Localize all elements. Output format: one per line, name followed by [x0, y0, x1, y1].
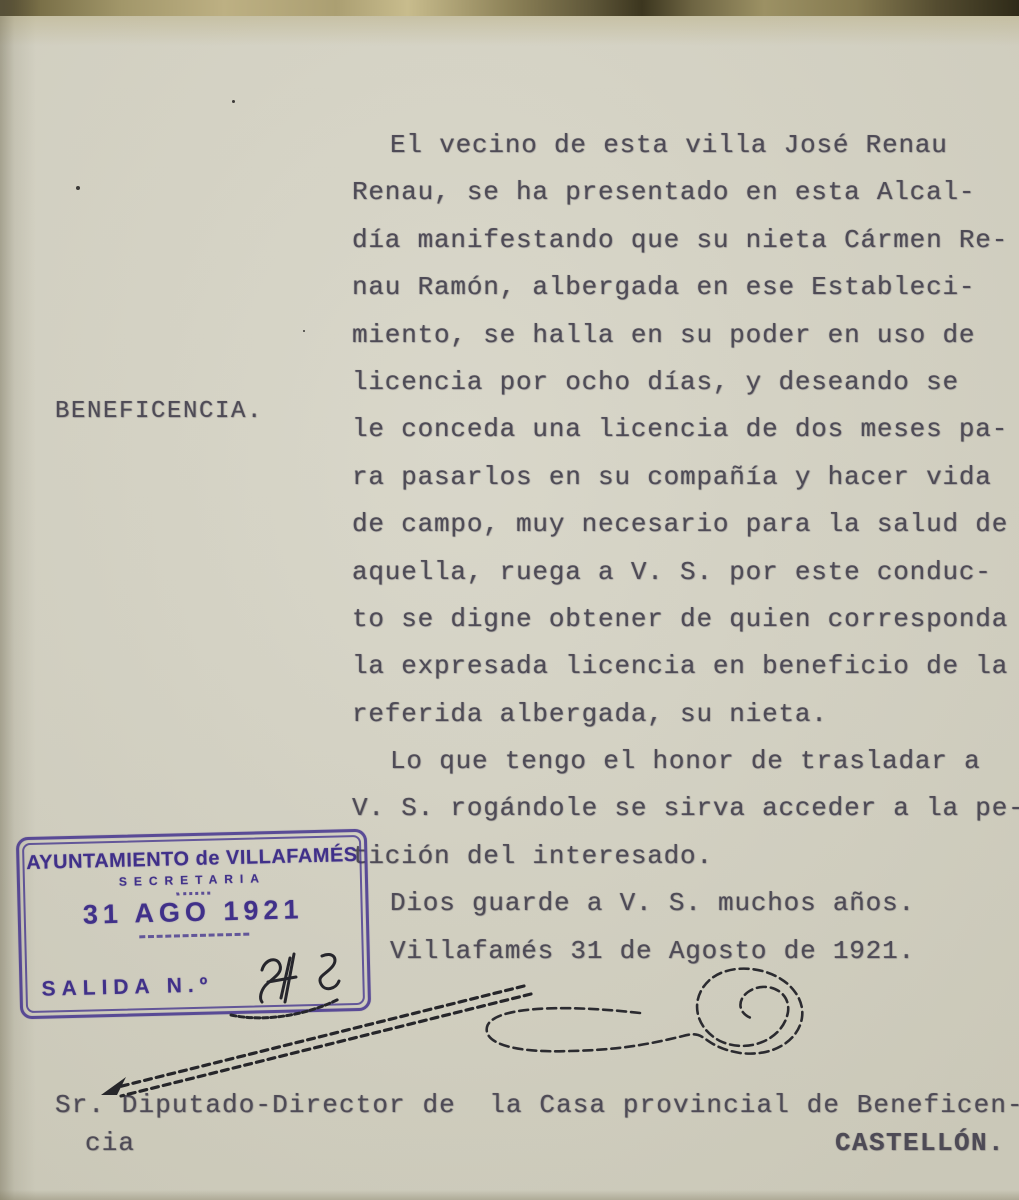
typed-line: ra pasarlos en su compañía y hacer vida: [352, 454, 1019, 501]
typed-line: la expresada licencia en beneficio de la: [352, 643, 1019, 690]
typed-line: nau Ramón, albergada en ese Estableci-: [352, 264, 1019, 311]
typed-line: Renau, se ha presentado en esta Alcal-: [352, 169, 1019, 216]
scanned-letter-page: BENEFICENCIA. El vecino de esta villa Jo…: [0, 0, 1019, 1200]
typed-line: aquella, ruega a V. S. por este conduc-: [352, 549, 1019, 596]
address-line1: Sr. Diputado-Director de la Casa provinc…: [55, 1086, 1011, 1124]
stamp-inner-border: AYUNTAMIENTO de VILLAFAMÉS SECRETARIA 31…: [22, 835, 365, 1013]
paper-top-edge-fade: [0, 16, 1019, 46]
address-line2: cia: [55, 1124, 135, 1162]
typed-line: le conceda una licencia de dos meses pa-: [352, 406, 1019, 453]
typed-line: V. S. rogándole se sirva acceder a la pe…: [352, 785, 1019, 832]
typed-line: miento, se halla en su poder en uso de: [352, 312, 1019, 359]
municipal-stamp: AYUNTAMIENTO de VILLAFAMÉS SECRETARIA 31…: [16, 829, 371, 1020]
typed-line: Villafamés 31 de Agosto de 1921.: [352, 928, 1019, 975]
ink-speck: [76, 186, 80, 190]
typed-line: to se digne obtener de quien corresponda: [352, 596, 1019, 643]
typed-line: Lo que tengo el honor de trasladar a: [352, 738, 1019, 785]
footer-address: Sr. Diputado-Director de la Casa provinc…: [55, 1086, 1011, 1162]
typed-line: día manifestando que su nieta Cármen Re-: [352, 217, 1019, 264]
ink-speck: [303, 330, 305, 332]
typed-line: de campo, muy necesario para la salud de: [352, 501, 1019, 548]
ink-speck: [232, 100, 235, 103]
address-city: CASTELLÓN.: [835, 1124, 1011, 1162]
letter-body: El vecino de esta villa José Renau Renau…: [352, 122, 1019, 975]
stamp-date: 31 AGO 1921: [25, 893, 361, 932]
typed-line: Dios guarde a V. S. muchos años.: [352, 880, 1019, 927]
typed-line: El vecino de esta villa José Renau: [352, 122, 1019, 169]
typed-line: referida albergada, su nieta.: [352, 691, 1019, 738]
typed-line: licencia por ocho días, y deseando se: [352, 359, 1019, 406]
margin-subject-label: BENEFICENCIA.: [55, 398, 263, 425]
typed-line: tición del interesado.: [352, 833, 1019, 880]
stamp-salida-label: SALIDA N.º: [41, 974, 213, 1002]
stamp-divider: [176, 892, 210, 896]
paper-bottom-edge: [0, 1190, 1019, 1200]
paper-top-edge: [0, 0, 1019, 16]
paper-left-edge: [0, 0, 36, 1200]
signature-flourish: [487, 969, 803, 1054]
stamp-divider: [139, 933, 249, 939]
